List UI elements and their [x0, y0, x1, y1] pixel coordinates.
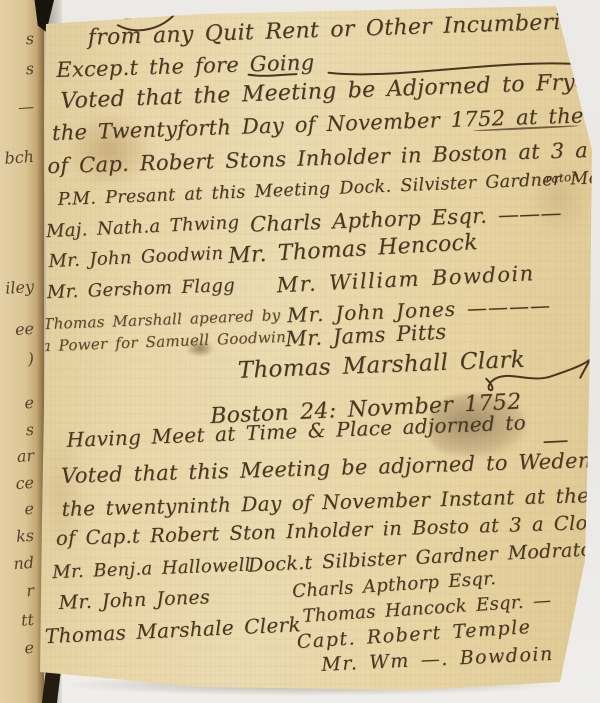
ink-stain [430, 394, 528, 458]
facing-fragment: ee [0, 319, 35, 340]
entry1-line-6: P.M. Presant at this Meeting Dock. Silvi… [57, 168, 600, 210]
entry1-line-4: the Twentyforth Day of November 1752 at … [52, 101, 600, 145]
ink-stain [528, 160, 590, 236]
facing-fragment: ce [0, 473, 35, 494]
manuscript-scan: s s — bch iley ee ) e s ar ce e ks nd r … [0, 0, 600, 703]
facing-fragment: iley [0, 277, 35, 298]
attendee-name: Mr. Wm —. Bowdoin [321, 643, 554, 676]
facing-fragment: s [0, 59, 35, 80]
clerk-signature-flourish [478, 349, 595, 396]
proxy-note-line-2: a Power for Samuell Goodwin [41, 328, 286, 355]
attendee-name: Maj. Nath.a Thwing [46, 212, 240, 242]
page-number-flourish [116, 8, 182, 35]
manuscript-page: 153 from any Quit Rent or Other Incumber… [0, 0, 600, 703]
attendee-name: Mr. Gershom Flagg [46, 275, 235, 303]
attendee-name: Charls Apthorp Esqr. [292, 568, 497, 602]
facing-fragment: s [0, 420, 35, 441]
attendee-name: Charls Apthorp Esqr. ——— [250, 201, 563, 237]
handwriting-layer: 153 from any Quit Rent or Other Incumber… [0, 0, 600, 703]
proxy-note-line-1: Thomas Marshall apeared by [43, 306, 281, 333]
entry2-dateline: Boston 24: Novmber 1752 [210, 390, 522, 430]
attendee-name: Dock.t Silbister Gardner Modrator [248, 538, 600, 577]
attendee-name: Mr. William Bowdoin [276, 261, 535, 297]
entry2-line-1: Having Meet at Time & Place adjorned to [66, 410, 526, 452]
attendee-name: Mr. Jams Pitts [285, 320, 447, 352]
facing-fragment: nd [0, 553, 35, 574]
entry2-line-3: the twentyninth Day of November Instant … [61, 482, 600, 521]
facing-fragment: — [0, 97, 35, 118]
attendee-name: Mr. John Jones ———— [287, 293, 552, 327]
ink-stain [40, 430, 84, 560]
attendee-name: Mr. John Jones [58, 586, 210, 614]
facing-fragment: s [0, 29, 35, 50]
ink-stain [66, 110, 154, 190]
facing-fragment: r [0, 581, 35, 602]
ink-stain [186, 340, 214, 357]
entry1-line-3: Voted that the Meeting be Adjorned to Fr… [60, 69, 600, 114]
facing-fragment: ks [0, 526, 35, 547]
entry1-line-5: of Cap. Robert Stons Inholder in Boston … [47, 136, 600, 178]
entry1-line-1: from any Quit Rent or Other Incumberince… [87, 8, 600, 50]
facing-fragment: e [0, 638, 35, 659]
facing-fragment: e [0, 499, 35, 520]
entry2-line-2: Voted that this Meeting be adjorned to W… [61, 447, 600, 488]
facing-fragment: e [0, 393, 35, 414]
page-number: 153 [121, 0, 160, 24]
entry1-line-6-superscript: rator [545, 169, 578, 186]
attendee-name: Capt. Robert Temple [296, 616, 532, 653]
facing-fragment: ) [0, 349, 35, 370]
attendee-name: Thomas Hancock Esqr. — [302, 590, 552, 627]
clerk-signature: Thomas Marshall Clark [237, 347, 525, 384]
entry2-line-1-dash: — [542, 425, 570, 456]
entry1-line-2: Excep.t the fore Going [56, 50, 315, 82]
entry2-line-4: of Cap.t Robert Ston Inholder in Bosto a… [56, 509, 600, 550]
facing-fragment: tt [0, 610, 35, 631]
facing-fragment: ar [0, 446, 35, 467]
foregoing-flourish-stroke [244, 58, 574, 82]
facing-fragment: bch [0, 147, 35, 168]
attendee-name: Mr. John Goodwin [48, 243, 224, 272]
attendee-name: Mr. Thomas Hencock [228, 230, 479, 269]
attendee-name: Mr. Benj.a Hallowell [52, 554, 251, 583]
t-cross-stroke [473, 125, 579, 132]
clerk-signature: Thomas Marshale Clerk [44, 612, 301, 648]
